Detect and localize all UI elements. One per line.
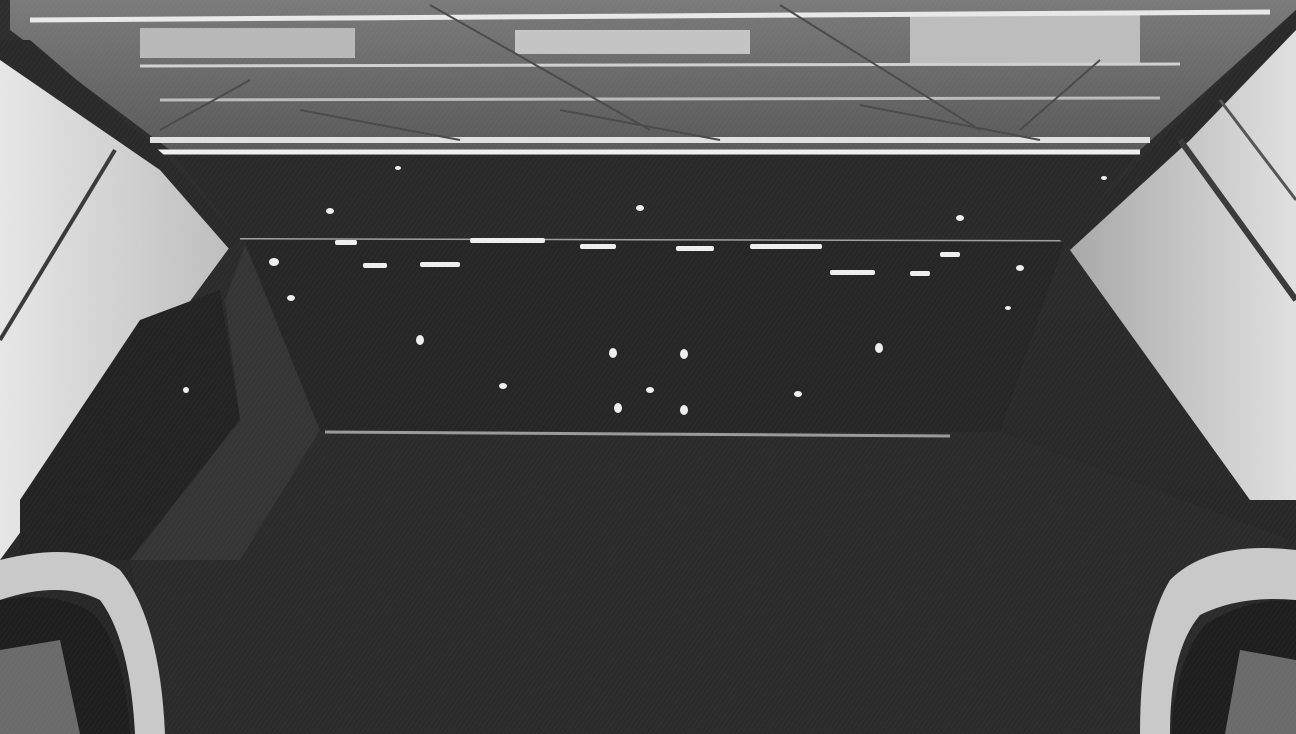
- trunk-photo: [0, 0, 1296, 734]
- trunk-illustration: [0, 0, 1296, 734]
- halftone-grain: [0, 0, 1296, 734]
